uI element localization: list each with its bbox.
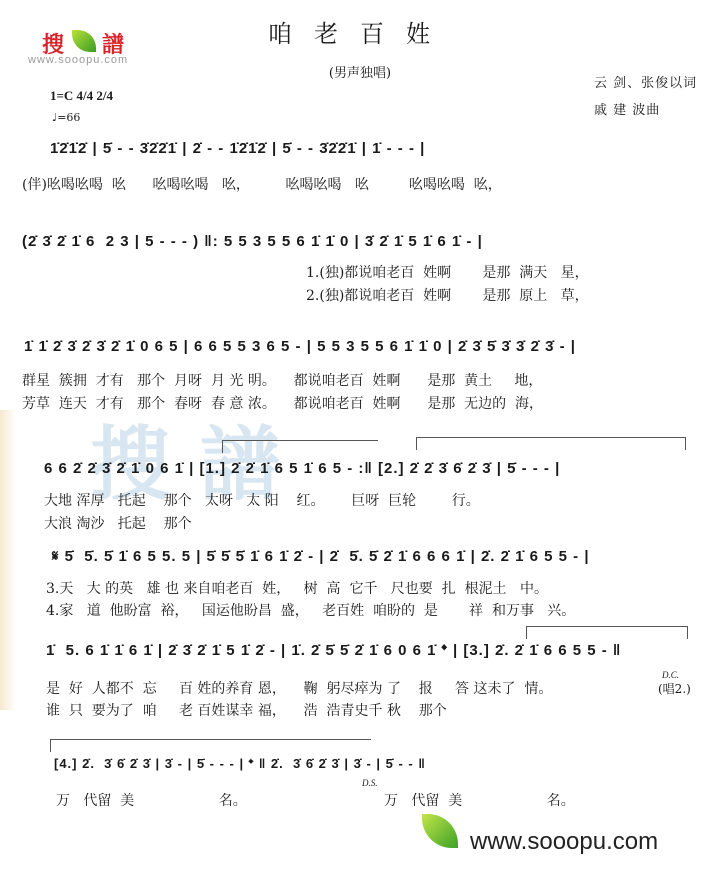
lyrics-row-2-line-2: 2.(独)都说咱老百 姓啊 是那 原上 草， <box>306 285 589 305</box>
lyrics-row-2-line-1: 1.(独)都说咱老百 姓啊 是那 满天 星， <box>306 262 589 282</box>
lyrics-row-1-line-1: (伴)吆喝吆喝 吆 吆喝吆喝 吆， 吆喝吆喝 吆 吆喝吆喝 吆， <box>22 174 502 194</box>
footer-url-link[interactable]: www.sooopu.com <box>470 828 658 856</box>
composer-credit: 戚 建 波曲 <box>594 99 660 118</box>
notation-row-3: 1̇ 1̇ 2̇ 3̇ 2̇ 3̇ 2̇ 1̇ 0 6 5 | 6 6 5 5 … <box>24 338 576 355</box>
da-capo-mark: D.C. <box>662 670 679 680</box>
lyrics-row-6-line-1: 是 好 人都不 忘 百 姓的养育 恩， 鞠 躬尽瘁为 了 报 答 这未了 情。 <box>46 678 552 698</box>
song-title: 咱老百姓 <box>0 14 720 49</box>
volta-bracket-4 <box>50 739 371 752</box>
notation-row-7: [4.] 2̇. 3̇ 6̇ 2̇ 3̇ | 3̇ - | 5̇ - - - |… <box>54 756 426 772</box>
notation-row-6: 1̇ 5. 6 1̇ 1̇ 6 1̇ | 2̇ 3̇ 2̇ 1̇ 5 1̇ 2̇… <box>46 642 621 659</box>
notation-row-5: 𝄋 5̇ 5̇. 5̇ 1̇ 6 5 5. 5 | 5̇ 5̇ 5̇ 1̇ 6 … <box>52 548 590 565</box>
notation-row-4: 6 6 2̇ 2̇ 3̇ 2̇ 1̇ 0 6 1̇ | [1.] 2̇ 2̇ 1… <box>44 460 560 477</box>
lyrics-row-6-line-2: 谁 只 要为了 咱 老 百姓谋幸 福， 浩 浩青史千 秋 那个 <box>46 700 447 720</box>
lyrics-row-5-line-2: 4.家 道 他盼富 裕， 国运他盼昌 盛， 老百姓 咱盼的 是 祥 和万事 兴。 <box>46 600 575 620</box>
dal-segno-mark: D.S. <box>362 778 378 788</box>
repeat-instruction: (唱2.) <box>658 680 691 697</box>
tempo-marking: ♩=66 <box>52 111 80 124</box>
lyrics-row-7-line-1: 万 代留 美 名。 <box>56 790 247 810</box>
lyrics-row-4-line-1: 大地 浑厚 托起 那个 太呀 太 阳 红。 巨呀 巨轮 行。 <box>44 490 480 510</box>
key-signature: 1=C 4/4 2/4 <box>50 88 113 104</box>
lyrics-row-4-line-2: 大浪 淘沙 托起 那个 <box>44 513 192 533</box>
notation-row-1: 1̇2̇1̇2̇ | 5̇ - - 3̇2̇2̇1̇ | 2̇ - - 1̇2̇… <box>50 140 425 157</box>
lyrics-row-3-line-1: 群星 簇拥 才有 那个 月呀 月 光 明。 都说咱老百 姓啊 是那 黄土 地， <box>22 370 542 390</box>
volta-bracket-2 <box>416 437 686 450</box>
volta-bracket-3 <box>526 626 688 639</box>
lyricist-credit: 云 剑、张俊以词 <box>594 72 697 91</box>
lyrics-row-7-line-2: 万 代留 美 名。 <box>384 790 575 810</box>
volta-bracket-1 <box>222 440 378 453</box>
notation-row-2: (2̇ 3̇ 2̇ 1̇ 6 2 3 | 5 - - - ) ‖: 5 5 3 … <box>22 233 483 250</box>
footer-leaf-icon <box>422 814 458 848</box>
lyrics-row-3-line-2: 芳草 连天 才有 那个 春呀 春 意 浓。 都说咱老百 姓啊 是那 无边的 海， <box>22 393 543 413</box>
page-edge-shading <box>0 410 16 710</box>
lyrics-row-5-line-1: 3.天 大 的英 雄 也 来自咱老百 姓， 树 高 它千 尺也要 扎 根泥土 中… <box>46 578 548 598</box>
